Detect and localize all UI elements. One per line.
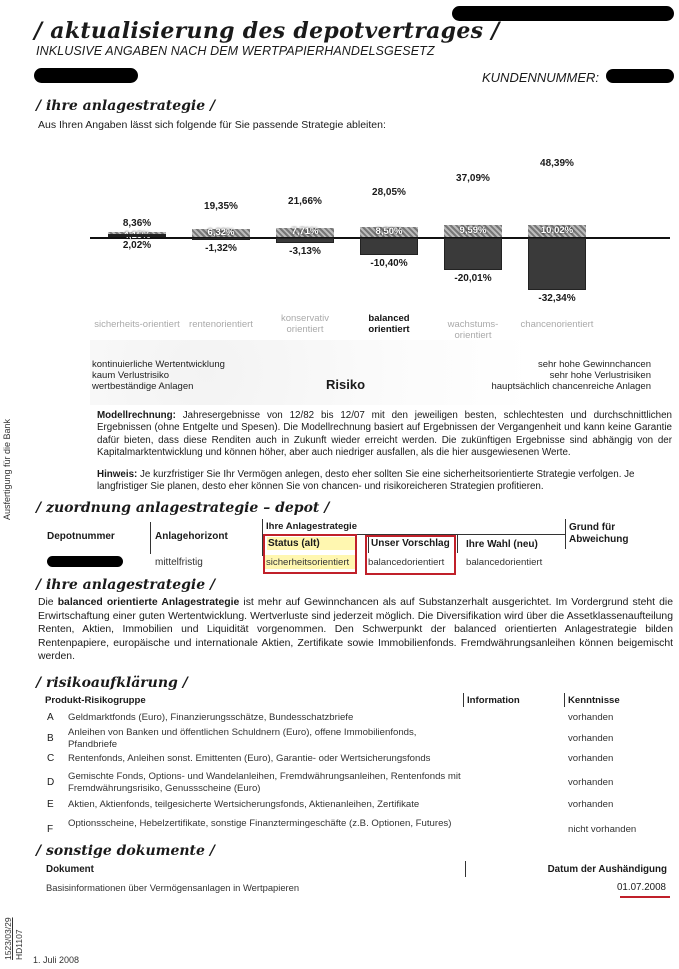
hint-text: Je kurzfristiger Sie Ihr Vermögen anlege…	[97, 469, 635, 492]
col-depot: Depotnummer	[47, 531, 115, 542]
model-label: Modellrechnung:	[97, 410, 176, 421]
section-heading-strategy-desc: / ihre anlagestrategie /	[36, 577, 215, 593]
worst-label: -10,40%	[350, 258, 428, 269]
section-heading-risk: / risikoaufklärung /	[36, 675, 188, 691]
risk-row-text: Gemischte Fonds, Options- und Wandelanle…	[68, 771, 463, 795]
worst-bar	[360, 238, 418, 255]
col-reason: Grund für Abweichung	[569, 522, 628, 546]
risk-left-line: kaum Verlustrisiko	[92, 370, 225, 381]
document-name: Basisinformationen über Vermögensanlagen…	[46, 882, 299, 893]
col-choice: Ihre Wahl (neu)	[466, 539, 538, 550]
col-document: Dokument	[46, 864, 94, 875]
risk-row-text: Rentenfonds, Anleihen sonst. Emittenten …	[68, 753, 463, 765]
best-label: 19,35%	[182, 201, 260, 212]
page-subtitle: INKLUSIVE ANGABEN NACH DEM WERTPAPIERHAN…	[36, 44, 435, 58]
divider	[463, 693, 464, 707]
risk-row-knowledge: vorhanden	[568, 753, 613, 764]
category-label: sicherheits-orientiert	[94, 319, 180, 330]
worst-label: -3,13%	[266, 246, 344, 257]
average-label: 7,71%	[276, 226, 334, 237]
risk-right-text: sehr hohe Gewinnchancen sehr hohe Verlus…	[491, 359, 651, 392]
risk-left-line: kontinuierliche Wertentwicklung	[92, 359, 225, 370]
date-underline	[620, 896, 670, 898]
category-label: wachstums-orientiert	[430, 319, 516, 341]
redacted-customer-number	[606, 69, 674, 83]
footer-date: 1. Juli 2008	[33, 955, 79, 965]
risk-row-knowledge: nicht vorhanden	[568, 824, 636, 835]
best-label: 28,05%	[350, 187, 428, 198]
risk-row-letter: C	[47, 753, 54, 764]
worst-bar	[444, 238, 502, 270]
col-handover-date: Datum der Aushändigung	[548, 864, 667, 875]
desc-lead: Die	[38, 597, 58, 608]
choice-value: balancedorientiert	[466, 557, 542, 568]
model-text: Jahresergebnisse von 12/82 bis 12/07 mit…	[97, 410, 672, 458]
risk-axis-label: Risiko	[326, 377, 365, 392]
risk-right-line: hauptsächlich chancenreiche Anlagen	[491, 381, 651, 392]
divider	[150, 522, 151, 554]
hint-label: Hinweis:	[97, 469, 137, 480]
redacted-name	[34, 68, 138, 83]
col-reason-line: Abweichung	[569, 534, 628, 546]
category-label: balancedorientiert	[346, 313, 432, 335]
best-label: 48,39%	[518, 158, 596, 169]
worst-label: -1,32%	[182, 243, 260, 254]
risk-left-text: kontinuierliche Wertentwicklung kaum Ver…	[92, 359, 225, 392]
col-knowledge: Kenntnisse	[568, 695, 620, 706]
best-label: 8,36%	[98, 218, 176, 229]
risk-row-knowledge: vorhanden	[568, 777, 613, 788]
risk-row-knowledge: vorhanden	[568, 799, 613, 810]
risk-row-letter: D	[47, 777, 54, 788]
section-heading-strategy: / ihre anlagestrategie /	[36, 98, 215, 114]
col-information: Information	[467, 695, 520, 706]
risk-row-text: Aktien, Aktienfonds, teilgesicherte Wert…	[68, 799, 463, 811]
section-heading-documents: / sonstige dokumente /	[36, 843, 215, 859]
model-calculation-note: Modellrechnung: Jahresergebnisse von 12/…	[97, 410, 672, 460]
risk-right-line: sehr hohe Gewinnchancen	[491, 359, 651, 370]
risk-row-knowledge: vorhanden	[568, 733, 613, 744]
best-label: 21,66%	[266, 196, 344, 207]
worst-bar	[276, 238, 334, 243]
risk-row-text: Anleihen von Banken und öffentlichen Sch…	[68, 727, 463, 751]
risk-row-text: Geldmarktfonds (Euro), Finanzierungsschä…	[68, 712, 463, 724]
page-title: / aktualisierung des depotvertrages /	[34, 18, 500, 44]
col-risk-group: Produkt-Risikogruppe	[45, 695, 146, 706]
horizon-value: mittelfristig	[155, 557, 203, 568]
section-heading-assignment: / zuordnung anlagestrategie – depot /	[36, 500, 329, 516]
document-date: 01.07.2008	[617, 882, 666, 893]
strategy-intro: Aus Ihren Angaben lässt sich folgende fü…	[38, 119, 386, 132]
average-label: 10,02%	[528, 225, 586, 236]
worst-label: -20,01%	[434, 273, 512, 284]
best-label: 37,09%	[434, 173, 512, 184]
risk-row-letter: A	[47, 712, 54, 723]
worst-bar	[192, 238, 250, 240]
risk-right-line: sehr hohe Verlustrisiken	[491, 370, 651, 381]
worst-bar	[528, 238, 586, 290]
status-highlight-box	[263, 534, 357, 574]
divider	[465, 861, 466, 877]
risk-row-letter: E	[47, 799, 54, 810]
worst-label: 2,02%	[98, 240, 176, 251]
average-label: 6,32%	[192, 227, 250, 238]
col-reason-line: Grund für	[569, 522, 628, 534]
worst-label: -32,34%	[518, 293, 596, 304]
average-label: 8,50%	[360, 226, 418, 237]
average-label: 9,59%	[444, 225, 502, 236]
strategy-description: Die balanced orientierte Anlagestrategie…	[38, 596, 673, 664]
footer-code-1: 1523/03/29	[3, 917, 13, 960]
side-note: Ausfertigung für die Bank	[2, 419, 12, 520]
category-label: chancenorientiert	[514, 319, 600, 330]
hint-note: Hinweis: Je kurzfristiger Sie Ihr Vermög…	[97, 469, 672, 494]
col-horizon: Anlagehorizont	[155, 531, 228, 542]
risk-left-line: wertbeständige Anlagen	[92, 381, 225, 392]
risk-row-knowledge: vorhanden	[568, 712, 613, 723]
customer-number-label: KUNDENNUMMER:	[482, 70, 599, 85]
worst-bar	[108, 234, 166, 237]
risk-row-text: Optionsscheine, Hebelzertifikate, sonsti…	[68, 818, 463, 830]
footer-code-2: HD1107	[14, 929, 24, 960]
risk-row-letter: B	[47, 733, 54, 744]
risk-row-letter: F	[47, 824, 53, 835]
divider	[564, 693, 565, 707]
category-label: konservativorientiert	[262, 313, 348, 335]
desc-strategy-name: balanced orientierte Anlagestrategie	[58, 597, 240, 608]
redacted-depot-number	[47, 556, 123, 567]
proposal-highlight-box	[365, 535, 456, 575]
category-label: rentenorientiert	[178, 319, 264, 330]
divider	[457, 535, 458, 553]
col-strategy-group: Ihre Anlagestrategie	[266, 521, 357, 532]
